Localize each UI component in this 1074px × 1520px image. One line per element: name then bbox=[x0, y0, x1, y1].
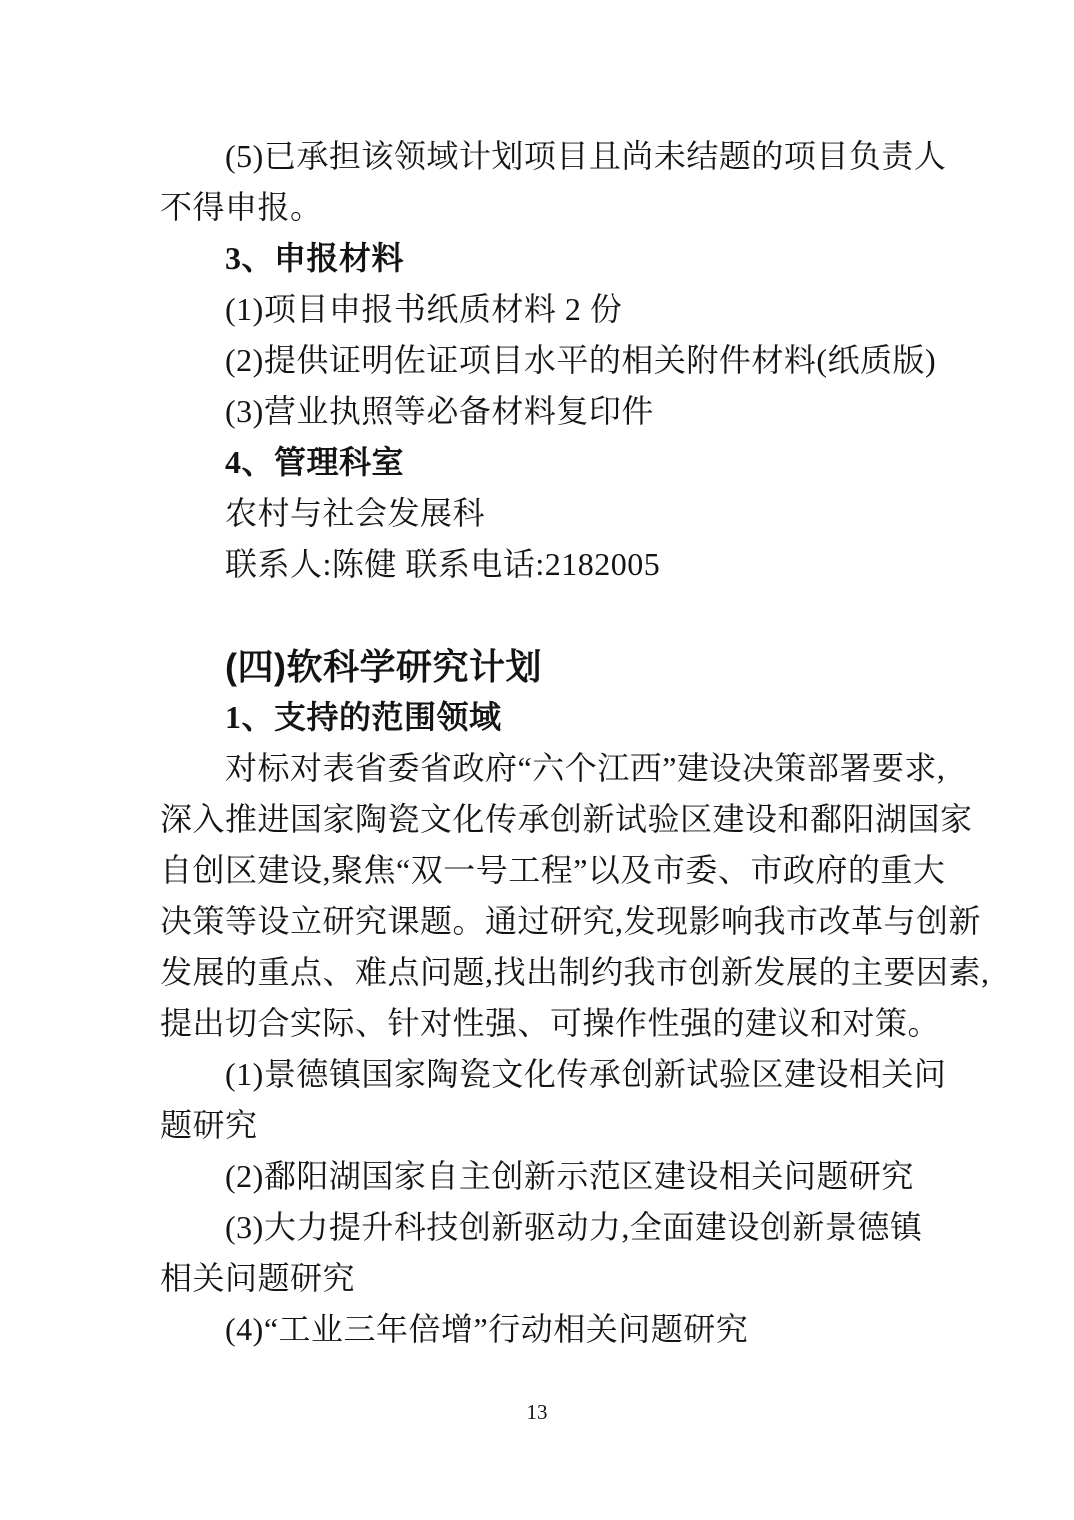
material-item-2: (2)提供证明佐证项目水平的相关附件材料(纸质版) bbox=[160, 335, 930, 386]
topic-item-2: (2)鄱阳湖国家自主创新示范区建设相关问题研究 bbox=[160, 1151, 930, 1202]
para-5-restriction-line1: (5)已承担该领域计划项目且尚未结题的项目负责人 bbox=[160, 131, 930, 182]
topic-item-3-line2: 相关问题研究 bbox=[160, 1253, 930, 1304]
intro-para-line4: 决策等设立研究课题。通过研究,发现影响我市改革与创新 bbox=[160, 896, 930, 947]
intro-para-line3: 自创区建设,聚焦“双一号工程”以及市委、市政府的重大 bbox=[160, 845, 930, 896]
para-5-restriction-line2: 不得申报。 bbox=[160, 182, 930, 233]
document-content: (5)已承担该领域计划项目且尚未结题的项目负责人不得申报。3、申报材料(1)项目… bbox=[160, 131, 930, 1355]
material-item-3: (3)营业执照等必备材料复印件 bbox=[160, 386, 930, 437]
subheading-application-materials: 3、申报材料 bbox=[160, 233, 930, 284]
material-item-1: (1)项目申报书纸质材料 2 份 bbox=[160, 284, 930, 335]
intro-para-line6: 提出切合实际、针对性强、可操作性强的建议和对策。 bbox=[160, 998, 930, 1049]
document-page: (5)已承担该领域计划项目且尚未结题的项目负责人不得申报。3、申报材料(1)项目… bbox=[0, 0, 1074, 1520]
page-number: 13 bbox=[0, 1398, 1074, 1426]
section-heading-soft-science-plan: (四)软科学研究计划 bbox=[160, 641, 930, 692]
contact-info: 联系人:陈健 联系电话:2182005 bbox=[160, 539, 930, 590]
topic-item-3-line1: (3)大力提升科技创新驱动力,全面建设创新景德镇 bbox=[160, 1202, 930, 1253]
intro-para-line1: 对标对表省委省政府“六个江西”建设决策部署要求, bbox=[160, 743, 930, 794]
topic-item-4: (4)“工业三年倍增”行动相关问题研究 bbox=[160, 1304, 930, 1355]
office-name: 农村与社会发展科 bbox=[160, 488, 930, 539]
topic-item-1-line1: (1)景德镇国家陶瓷文化传承创新试验区建设相关问 bbox=[160, 1049, 930, 1100]
subheading-supported-fields: 1、支持的范围领域 bbox=[160, 692, 930, 743]
subheading-management-office: 4、管理科室 bbox=[160, 437, 930, 488]
intro-para-line5: 发展的重点、难点问题,找出制约我市创新发展的主要因素, bbox=[160, 947, 930, 998]
intro-para-line2: 深入推进国家陶瓷文化传承创新试验区建设和鄱阳湖国家 bbox=[160, 794, 930, 845]
blank-line bbox=[160, 590, 930, 641]
topic-item-1-line2: 题研究 bbox=[160, 1100, 930, 1151]
